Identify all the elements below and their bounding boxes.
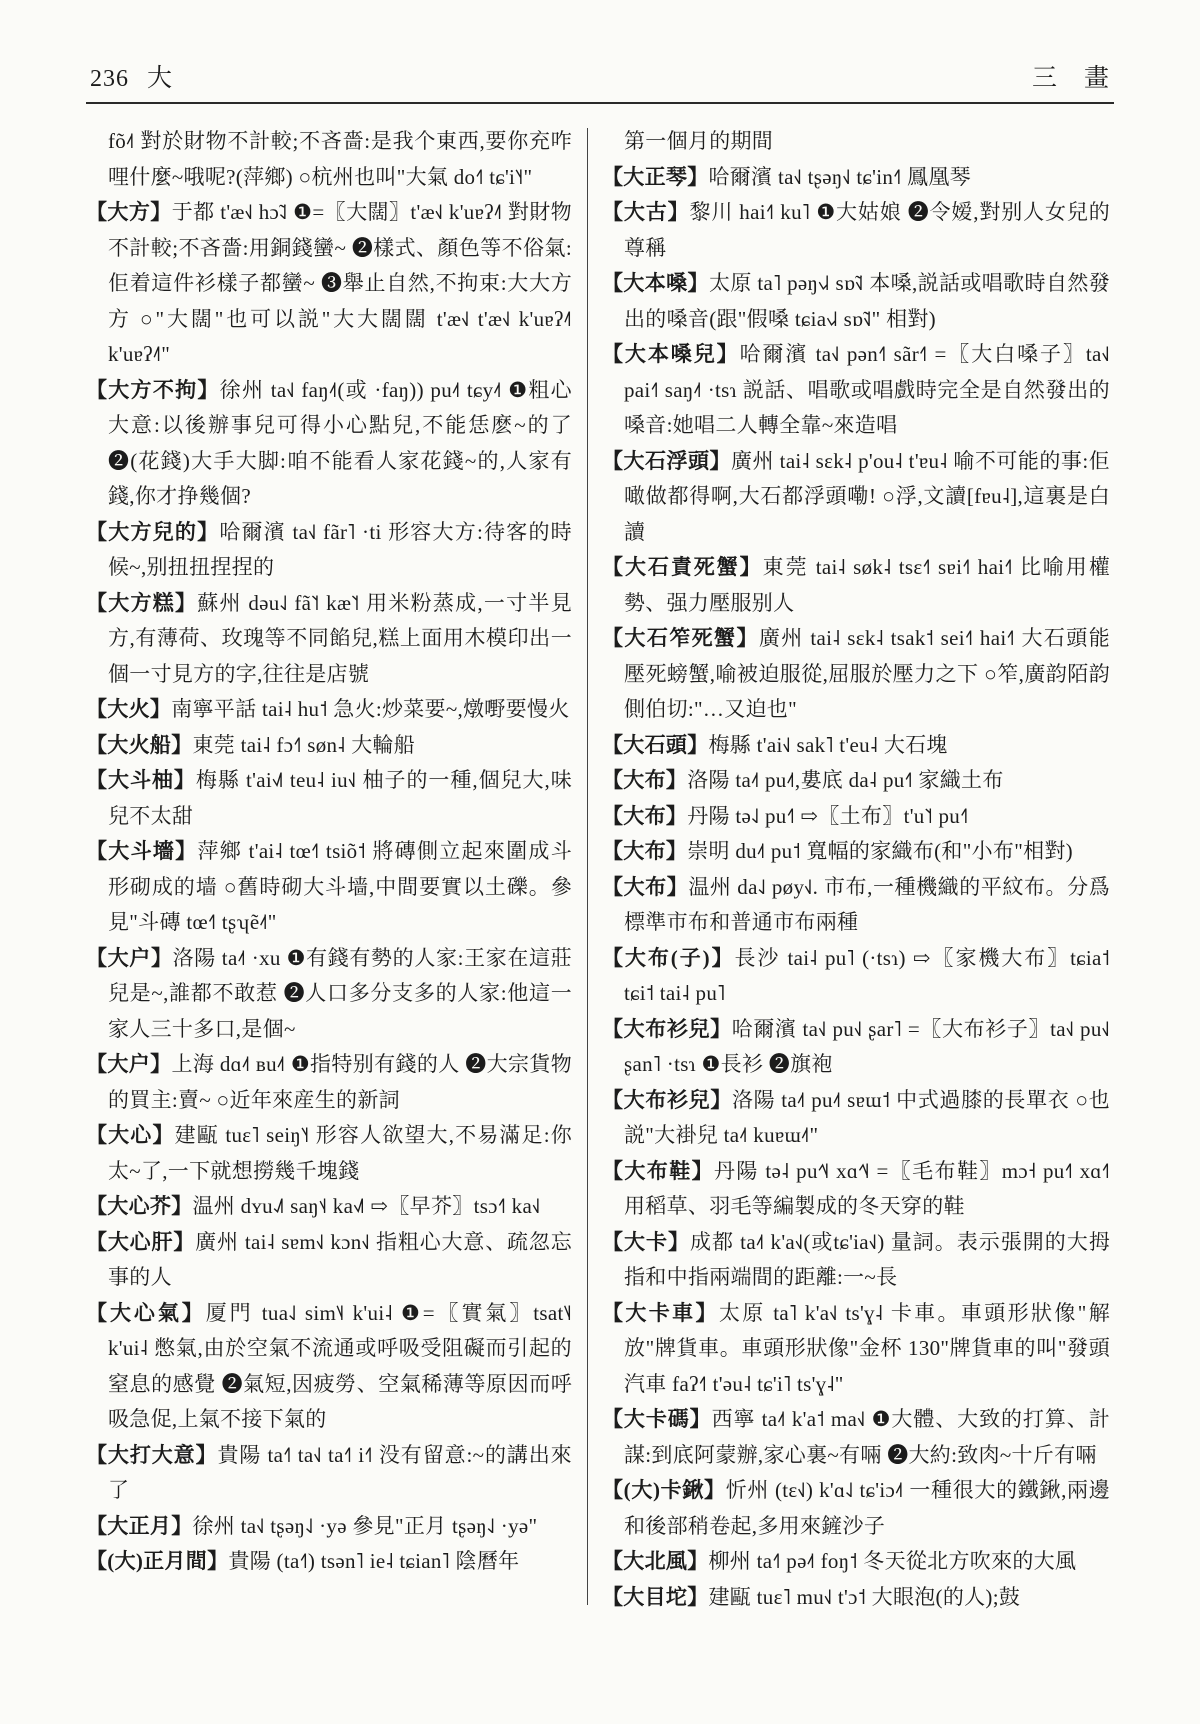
entry-body: 哈爾濱 ta˧˩ tʂəŋ˧˩ tɕ'in˧˥ 鳳凰琴 [709, 165, 971, 189]
dictionary-entry: 【(大)卡鍬】忻州 (tɛ˧˩) k'ɑ˨˩ tɕ'iɔ˨˦ 一種很大的鐵鍬,兩… [602, 1473, 1110, 1544]
dictionary-entry: 【大火】南寧平話 tai˨ hu˦ 急火:炒菜要~,燉嘢要慢火 [86, 692, 572, 728]
text-columns: fõ˨˦ 對於財物不計較;不吝嗇:是我个東西,要你充咋哩什麼~哦呢?(萍鄉) ○… [86, 124, 1114, 1615]
dictionary-entry: 【大布衫兒】洛陽 ta˨˦ pu˨˦ sɐɯ˦ 中式過膝的長單衣 ○也説"大褂兒… [602, 1083, 1110, 1154]
dictionary-entry: 【大北風】柳州 ta˧˥ pə˨˦ foŋ˦ 冬天從北方吹來的大風 [602, 1544, 1110, 1580]
left-column: fõ˨˦ 對於財物不計較;不吝嗇:是我个東西,要你充咋哩什麼~哦呢?(萍鄉) ○… [86, 124, 572, 1615]
entry-headword: 【大布鞋】 [602, 1159, 714, 1183]
entry-headword: 【大卡】 [602, 1230, 690, 1254]
entry-headword: 【大心】 [86, 1123, 175, 1147]
entry-headword: 【大古】 [602, 200, 689, 224]
dictionary-entry: 【大心氣】厦門 tua˨˩ sim˥˨ k'ui˨ ❶=〖實氣〗tsat˥˨ k… [86, 1296, 572, 1438]
dictionary-entry: fõ˨˦ 對於財物不計較;不吝嗇:是我个東西,要你充咋哩什麼~哦呢?(萍鄉) ○… [86, 124, 572, 195]
dictionary-entry: 【大心】建甌 tuɛ˥ seiŋ˥˧ 形容人欲望大,不易滿足:你太~了,一下就想… [86, 1118, 572, 1189]
dictionary-entry: 【大石頭】梅縣 t'ai˧˩ sak˥ t'eu˨ 大石塊 [602, 728, 1110, 764]
dictionary-page: 236大 三 畫 fõ˨˦ 對於財物不計較;不吝嗇:是我个東西,要你充咋哩什麼~… [0, 0, 1200, 1724]
page-header: 236大 三 畫 [86, 58, 1114, 100]
entry-body: 成都 ta˨˦ k'a˧˩(或tɕ'ia˧˩) 量詞。表示張開的大拇指和中指兩端… [624, 1230, 1110, 1290]
entry-headword: 【大布】 [602, 804, 687, 828]
entry-headword: 【大本嗓】 [602, 271, 709, 295]
entry-body: 貴陽 (ta˧˥) tsən˥ ie˨ tɕian˥ 陰曆年 [228, 1549, 519, 1573]
entry-headword: 【大石頭】 [602, 733, 709, 757]
dictionary-entry: 【大卡碼】西寧 ta˨˦ k'a˦ ma˧˩ ❶大體、大致的打算、計謀:到底阿蒙… [602, 1402, 1110, 1473]
entry-headword: 【大石浮頭】 [602, 449, 731, 473]
entry-headword: 【大布衫兒】 [602, 1088, 732, 1112]
dictionary-entry: 【大心芥】温州 dʏu˨˩˥ saŋ˦˨ ka˧˩˥ ⇨〖早芥〗tsɔ˧˥ ka… [86, 1189, 572, 1225]
dictionary-entry: 【大布衫兒】哈爾濱 ta˧˩ pu˧˩ ʂar˥ =〖大布衫子〗ta˧˩ pu˧… [602, 1012, 1110, 1083]
entry-headword: 【大布(子)】 [602, 946, 735, 970]
entry-body: 梅縣 t'ai˧˩ sak˥ t'eu˨ 大石塊 [709, 733, 948, 757]
dictionary-entry: 【大石責死蟹】東莞 tai˨ søk˨ tsɛ˧˥ sɐi˧˥ hai˧˥ 比喻… [602, 550, 1110, 621]
entry-body: 建甌 tuɛ˥ mu˧˩ t'ɔ˦ 大眼泡(的人);鼓 [709, 1585, 1021, 1609]
entry-headword: 【大正月】 [86, 1514, 193, 1538]
entry-headword: 【大本嗓兒】 [602, 342, 740, 366]
entry-headword: 【大正琴】 [602, 165, 709, 189]
dictionary-entry: 【大卡】成都 ta˨˦ k'a˧˩(或tɕ'ia˧˩) 量詞。表示張開的大拇指和… [602, 1225, 1110, 1296]
entry-headword: 【大户】 [86, 946, 173, 970]
entry-body: 于都 t'æ˧˩ hɔ̃˨˩ ❶=〖大闊〗t'æ˧˩ k'uɐʔ˨˥ 對財物不計… [108, 200, 572, 366]
entry-headword: 【大方】 [86, 200, 172, 224]
entry-headword: 【大石責死蟹】 [602, 555, 763, 579]
entry-body: 上海 dɑ˨˦ ʙu˨˦ ❶指特别有錢的人 ❷大宗貨物的買主:賣~ ○近年來産生… [108, 1052, 572, 1112]
dictionary-entry: 【大方糕】蘇州 dəu˨˩ fã˥˦ kæ˥˦ 用米粉蒸成,一寸半見方,有薄荷、… [86, 586, 572, 693]
entry-headword: 【大布】 [602, 768, 687, 792]
dictionary-entry: 【大方】于都 t'æ˧˩ hɔ̃˨˩ ❶=〖大闊〗t'æ˧˩ k'uɐʔ˨˥ 對… [86, 195, 572, 373]
entry-headword: 【大北風】 [602, 1549, 709, 1573]
entry-headword: 【大心肝】 [86, 1230, 195, 1254]
entry-body: 第一個月的期間 [624, 129, 773, 153]
entry-body: 徐州 ta˧˩ tʂəŋ˨˩ ·yə 參見"正月 tʂəŋ˨˩ ·yə" [193, 1514, 538, 1538]
dictionary-entry: 第一個月的期間 [602, 124, 1110, 160]
entry-headword: 【大目坨】 [602, 1585, 709, 1609]
dictionary-entry: 【大本嗓】太原 ta˥ pəŋ˧˩˨ sɒ̃˧˩ 本嗓,説話或唱歌時自然發出的嗓… [602, 266, 1110, 337]
dictionary-entry: 【大布鞋】丹陽 tə˨ pu˧˥˨ xɑ˧˥˨ =〖毛布鞋〗mɔ˧ pu˧˥ x… [602, 1154, 1110, 1225]
radical-char: 大 [147, 65, 173, 92]
entry-headword: 【大户】 [86, 1052, 171, 1076]
stroke-count-label: 三 畫 [1032, 58, 1110, 94]
entry-headword: 【大火船】 [86, 733, 193, 757]
dictionary-entry: 【大布】崇明 du˨˦ pu˦ 寬幅的家織布(和"小布"相對) [602, 834, 1110, 870]
dictionary-entry: 【大斗墻】萍鄉 t'ai˨ tœ˧˥ tsiõ˦ 將磚側立起來圍成斗形砌成的墙 … [86, 834, 572, 941]
dictionary-entry: 【大打大意】貴陽 ta˧˥ ta˧˩ ta˧˥ i˧˥ 没有留意:~的講出來了 [86, 1438, 572, 1509]
dictionary-entry: 【大正琴】哈爾濱 ta˧˩ tʂəŋ˧˩ tɕ'in˧˥ 鳳凰琴 [602, 160, 1110, 196]
dictionary-entry: 【大布(子)】長沙 tai˨ pu˥ (·tsɿ) ⇨〖家機大布〗tɕia˦ t… [602, 941, 1110, 1012]
entry-headword: 【大布】 [602, 839, 687, 863]
dictionary-entry: 【大火船】東莞 tai˨ fɔ˧˥ søn˨ 大輪船 [86, 728, 572, 764]
dictionary-entry: 【大方兒的】哈爾濱 ta˧˩ fãr˥ ·ti 形容大方:待客的時候~,别扭扭捏… [86, 515, 572, 586]
column-divider [587, 128, 588, 1605]
entry-headword: 【大心氣】 [86, 1301, 206, 1325]
header-rule [86, 102, 1114, 104]
entry-headword: 【大卡碼】 [602, 1407, 712, 1431]
dictionary-entry: 【大石浮頭】廣州 tai˨ sɛk˨ p'ou˨ t'ɐu˨ 喻不可能的事:佢噉… [602, 444, 1110, 551]
page-number: 236 [90, 66, 129, 92]
entry-headword: 【大斗柚】 [86, 768, 196, 792]
dictionary-entry: 【大卡車】太原 ta˥ k'a˧˩ ts'ɣ˨ 卡車。車頭形狀像"解放"牌貨車。… [602, 1296, 1110, 1403]
entry-body: 建甌 tuɛ˥ seiŋ˥˧ 形容人欲望大,不易滿足:你太~了,一下就想撈幾千塊… [108, 1123, 572, 1183]
dictionary-entry: 【大古】黎川 hai˧˥ ku˥ ❶大姑娘 ❷令嫒,對别人女兒的尊稱 [602, 195, 1110, 266]
dictionary-entry: 【大目坨】建甌 tuɛ˥ mu˧˩ t'ɔ˦ 大眼泡(的人);鼓 [602, 1580, 1110, 1616]
entry-headword: 【大石笮死蟹】 [602, 626, 759, 650]
entry-body: 洛陽 ta˨˦ ·xu ❶有錢有勢的人家:王家在這莊兒是~,誰都不敢惹 ❷人口多… [108, 946, 572, 1041]
dictionary-entry: 【大本嗓兒】哈爾濱 ta˧˩ pən˧˥ sãr˧˥ =〖大白嗓子〗ta˧˩ p… [602, 337, 1110, 444]
entry-headword: 【(大)卡鍬】 [602, 1478, 726, 1502]
entry-headword: 【大卡車】 [602, 1301, 719, 1325]
entry-body: 柳州 ta˧˥ pə˨˦ foŋ˦ 冬天從北方吹來的大風 [709, 1549, 1077, 1573]
dictionary-entry: 【大石笮死蟹】廣州 tai˨ sɛk˨ tsak˦ sei˧˥ hai˧˥ 大石… [602, 621, 1110, 728]
dictionary-entry: 【大斗柚】梅縣 t'ai˧˩˥ teu˨ iu˧˩ 柚子的一種,個兒大,味兒不太… [86, 763, 572, 834]
dictionary-entry: 【大布】温州 da˨˩ pøy˧˩. 市布,一種機織的平紋布。分爲標準市布和普通… [602, 870, 1110, 941]
entry-body: 温州 da˨˩ pøy˧˩. 市布,一種機織的平紋布。分爲標準市布和普通市布兩種 [624, 875, 1110, 935]
entry-headword: 【大火】 [86, 697, 171, 721]
dictionary-entry: 【大方不拘】徐州 ta˧˩ faŋ˨˦(或 ·faŋ)) pu˨˦ tɕy˨˦ … [86, 373, 572, 515]
dictionary-entry: 【大正月】徐州 ta˧˩ tʂəŋ˨˩ ·yə 參見"正月 tʂəŋ˨˩ ·yə… [86, 1509, 572, 1545]
entry-headword: 【大布】 [602, 875, 688, 899]
entry-headword: 【大打大意】 [86, 1443, 217, 1467]
entry-body: 崇明 du˨˦ pu˦ 寬幅的家織布(和"小布"相對) [687, 839, 1073, 863]
dictionary-entry: 【大户】上海 dɑ˨˦ ʙu˨˦ ❶指特别有錢的人 ❷大宗貨物的買主:賣~ ○近… [86, 1047, 572, 1118]
dictionary-entry: 【大户】洛陽 ta˨˦ ·xu ❶有錢有勢的人家:王家在這莊兒是~,誰都不敢惹 … [86, 941, 572, 1048]
dictionary-entry: 【大心肝】廣州 tai˨ sɐm˧˩ kɔn˧˩ 指粗心大意、疏忽忘事的人 [86, 1225, 572, 1296]
entry-headword: 【(大)正月間】 [86, 1549, 228, 1573]
entry-body: 黎川 hai˧˥ ku˥ ❶大姑娘 ❷令嫒,對别人女兒的尊稱 [624, 200, 1110, 260]
entry-headword: 【大方兒的】 [86, 520, 219, 544]
dictionary-entry: 【大布】洛陽 ta˨˦ pu˨˦,婁底 da˨ pu˧˥ 家織土布 [602, 763, 1110, 799]
entry-body: 丹陽 tə˨˩ pu˧˥ ⇨〖土布〗t'u˥˦ pu˧˥ [687, 804, 968, 828]
entry-body: fõ˨˦ 對於財物不計較;不吝嗇:是我个東西,要你充咋哩什麼~哦呢?(萍鄉) ○… [108, 129, 572, 189]
entry-headword: 【大心芥】 [86, 1194, 193, 1218]
entry-body: 東莞 tai˨ fɔ˧˥ søn˨ 大輪船 [193, 733, 416, 757]
entry-body: 南寧平話 tai˨ hu˦ 急火:炒菜要~,燉嘢要慢火 [171, 697, 569, 721]
page-number-and-radical: 236大 [90, 58, 173, 94]
entry-body: 洛陽 ta˨˦ pu˨˦,婁底 da˨ pu˧˥ 家織土布 [687, 768, 1003, 792]
entry-body: 温州 dʏu˨˩˥ saŋ˦˨ ka˧˩˥ ⇨〖早芥〗tsɔ˧˥ ka˧˩ [193, 1194, 541, 1218]
right-column: 第一個月的期間【大正琴】哈爾濱 ta˧˩ tʂəŋ˧˩ tɕ'in˧˥ 鳳凰琴【… [602, 124, 1110, 1615]
entry-headword: 【大斗墻】 [86, 839, 197, 863]
entry-headword: 【大布衫兒】 [602, 1017, 732, 1041]
dictionary-entry: 【(大)正月間】貴陽 (ta˧˥) tsən˥ ie˨ tɕian˥ 陰曆年 [86, 1544, 572, 1580]
entry-headword: 【大方糕】 [86, 591, 197, 615]
dictionary-entry: 【大布】丹陽 tə˨˩ pu˧˥ ⇨〖土布〗t'u˥˦ pu˧˥ [602, 799, 1110, 835]
entry-headword: 【大方不拘】 [86, 378, 220, 402]
